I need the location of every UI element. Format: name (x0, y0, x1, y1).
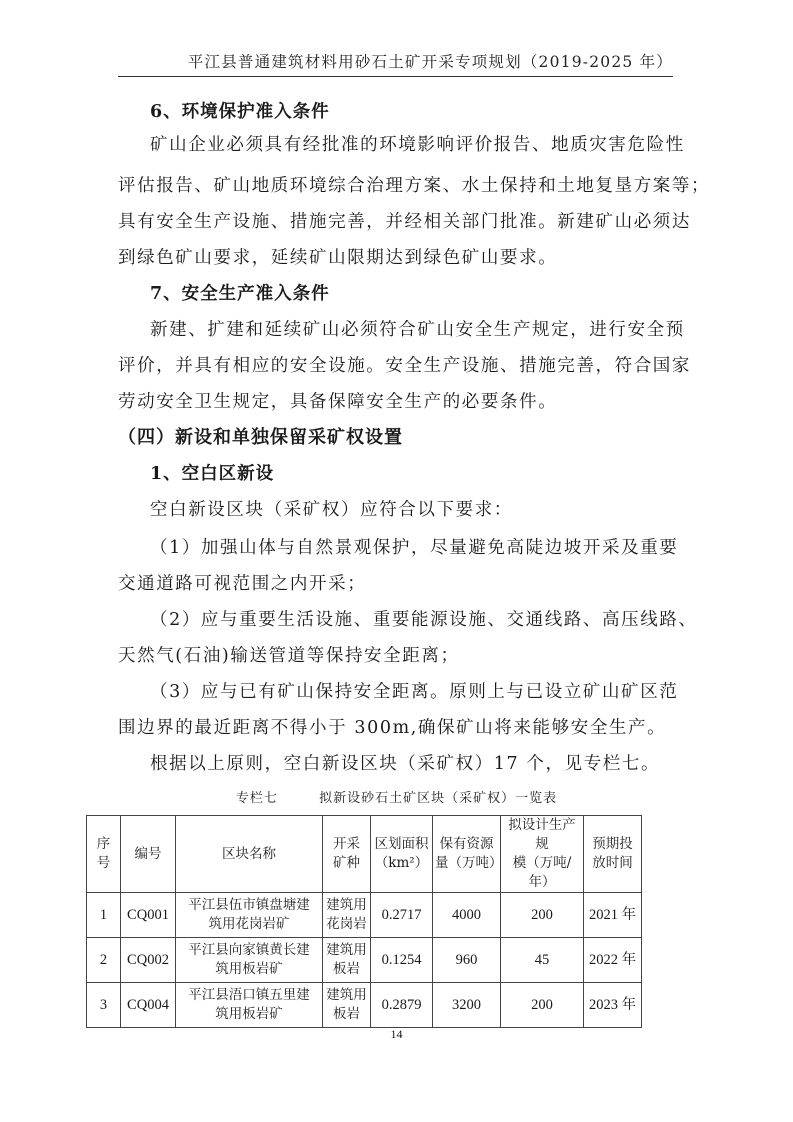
col-header-area: 区划面积（km²） (371, 816, 433, 893)
cell-year: 2022 年 (584, 938, 642, 983)
table-caption-title: 拟新设砂石土矿区块（采矿权）一览表 (319, 787, 557, 806)
cell-area: 0.1254 (371, 938, 433, 983)
cell-name: 平江县浯口镇五里建筑用板岩矿 (176, 983, 323, 1028)
col-header-name: 区块名称 (176, 816, 323, 893)
cell-code: CQ004 (121, 983, 176, 1028)
cell-mineral: 建筑用花岗岩 (323, 893, 371, 938)
table-header-row: 序号 编号 区块名称 开采矿种 区划面积（km²） 保有资源量（万吨） 拟设计生… (87, 816, 642, 893)
col-header-code: 编号 (121, 816, 176, 893)
cell-mineral: 建筑用板岩 (323, 983, 371, 1028)
conclusion-line: 根据以上原则，空白新设区块（采矿权）17 个，见专栏七。 (150, 752, 710, 776)
cell-seq: 3 (87, 983, 121, 1028)
table-row: 3 CQ004 平江县浯口镇五里建筑用板岩矿 建筑用板岩 0.2879 3200… (87, 983, 642, 1028)
cell-year: 2023 年 (584, 983, 642, 1028)
cell-code: CQ002 (121, 938, 176, 983)
section-7-heading: 7、安全生产准入条件 (150, 282, 710, 306)
cell-name: 平江县伍市镇盘塘建筑用花岗岩矿 (176, 893, 323, 938)
cell-name: 平江县向家镇黄长建筑用板岩矿 (176, 938, 323, 983)
cell-seq: 1 (87, 893, 121, 938)
running-header: 平江县普通建筑材料用砂石土矿开采专项规划（2019-2025 年） (118, 50, 673, 72)
mining-blocks-table: 序号 编号 区块名称 开采矿种 区划面积（km²） 保有资源量（万吨） 拟设计生… (86, 815, 642, 1028)
cell-area: 0.2879 (371, 983, 433, 1028)
subsection-1-heading: 1、空白区新设 (150, 462, 710, 486)
cell-year: 2021 年 (584, 893, 642, 938)
col-header-capacity: 拟设计生产规模（万吨/年） (501, 816, 584, 893)
col-header-year: 预期投放时间 (584, 816, 642, 893)
cell-area: 0.2717 (371, 893, 433, 938)
page-number: 14 (0, 1027, 793, 1042)
cell-capacity: 200 (501, 983, 584, 1028)
requirement-2-line: （2）应与重要生活设施、重要能源设施、交通线路、高压线路、 (150, 608, 710, 632)
paragraph-line: 具有安全生产设施、措施完善，并经相关部门批准。新建矿山必须达 (118, 210, 678, 234)
part-4-heading: （四）新设和单独保留采矿权设置 (118, 426, 678, 450)
paragraph-line: 到绿色矿山要求，延续矿山限期达到绿色矿山要求。 (118, 246, 678, 270)
requirement-3-line: （3）应与已有矿山保持安全距离。原则上与已设立矿山矿区范 (150, 680, 710, 704)
paragraph-line: 新建、扩建和延续矿山必须符合矿山安全生产规定，进行安全预 (150, 318, 710, 342)
paragraph-line: 劳动安全卫生规定，具备保障安全生产的必要条件。 (118, 390, 678, 414)
cell-reserves: 3200 (433, 983, 501, 1028)
cell-seq: 2 (87, 938, 121, 983)
col-header-mineral: 开采矿种 (323, 816, 371, 893)
requirement-3-line: 围边界的最近距离不得小于 300m,确保矿山将来能够安全生产。 (118, 716, 678, 740)
table-row: 2 CQ002 平江县向家镇黄长建筑用板岩矿 建筑用板岩 0.1254 960 … (87, 938, 642, 983)
table-row: 1 CQ001 平江县伍市镇盘塘建筑用花岗岩矿 建筑用花岗岩 0.2717 40… (87, 893, 642, 938)
paragraph-line: 矿山企业必须具有经批准的环境影响评价报告、地质灾害危险性 (150, 133, 710, 157)
cell-capacity: 200 (501, 893, 584, 938)
header-rule (118, 76, 673, 77)
col-header-reserves: 保有资源量（万吨） (433, 816, 501, 893)
requirement-1-line: （1）加强山体与自然景观保护，尽量避免高陡边坡开采及重要 (150, 536, 710, 560)
cell-code: CQ001 (121, 893, 176, 938)
cell-reserves: 960 (433, 938, 501, 983)
cell-mineral: 建筑用板岩 (323, 938, 371, 983)
paragraph-line: 评价，并具有相应的安全设施。安全生产设施、措施完善，符合国家 (118, 354, 678, 378)
requirement-1-line: 交通道路可视范围之内开采； (118, 572, 678, 596)
intro-line: 空白新设区块（采矿权）应符合以下要求： (150, 498, 710, 522)
section-6-heading: 6、环境保护准入条件 (150, 100, 710, 124)
cell-reserves: 4000 (433, 893, 501, 938)
requirement-2-line: 天然气(石油)输送管道等保持安全距离； (118, 644, 678, 668)
table-caption: 专栏七 拟新设砂石土矿区块（采矿权）一览表 (0, 787, 793, 806)
paragraph-line: 评估报告、矿山地质环境综合治理方案、水土保持和土地复垦方案等； (118, 174, 678, 198)
table-caption-number: 专栏七 (236, 787, 278, 806)
col-header-seq: 序号 (87, 816, 121, 893)
cell-capacity: 45 (501, 938, 584, 983)
